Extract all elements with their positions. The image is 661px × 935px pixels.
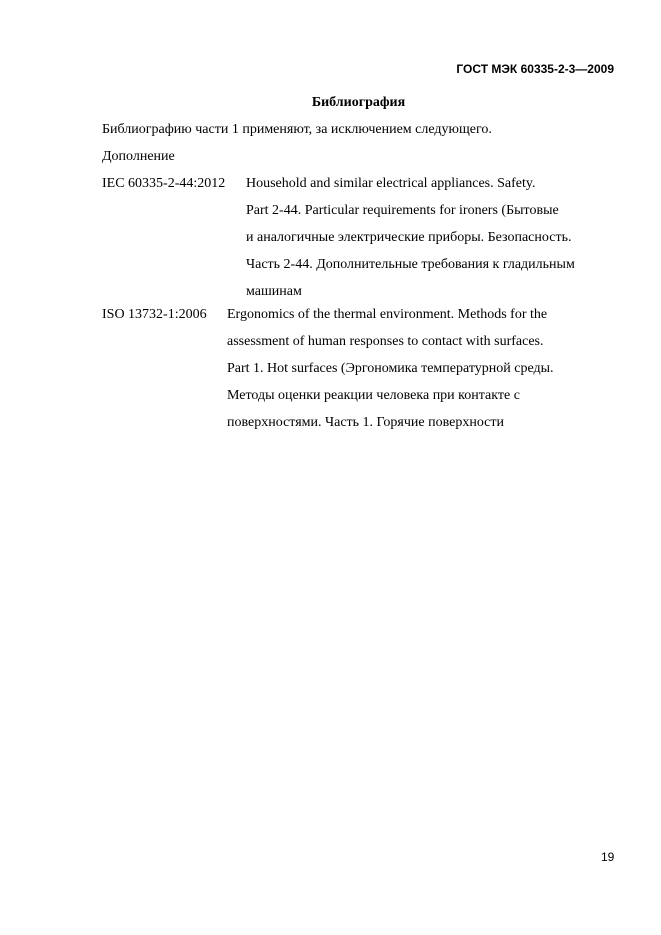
document-page: ГОСТ МЭК 60335-2-3—2009 Библиография Биб… [0,0,661,935]
reference-line: поверхностями. Часть 1. Горячие поверхно… [227,409,554,436]
page-number: 19 [601,850,614,864]
reference-code: ISO 13732-1:2006 [102,301,207,328]
reference-line: Part 1. Hot surfaces (Эргономика темпера… [227,355,554,382]
bibliography-title: Библиография [0,89,661,116]
reference-line: Часть 2-44. Дополнительные требования к … [246,251,575,278]
reference-line: и аналогичные электрические приборы. Без… [246,224,575,251]
reference-description: Household and similar electrical applian… [246,170,575,305]
supplement-label: Дополнение [102,143,175,170]
reference-code: IEC 60335-2-44:2012 [102,170,225,197]
reference-line: Household and similar electrical applian… [246,170,575,197]
reference-line: Методы оценки реакции человека при конта… [227,382,554,409]
intro-paragraph: Библиографию части 1 применяют, за исклю… [102,116,492,143]
reference-line: Ergonomics of the thermal environment. M… [227,301,554,328]
standard-code-header: ГОСТ МЭК 60335-2-3—2009 [456,62,614,76]
reference-line: Part 2-44. Particular requirements for i… [246,197,575,224]
reference-line: assessment of human responses to contact… [227,328,554,355]
reference-description: Ergonomics of the thermal environment. M… [227,301,554,436]
